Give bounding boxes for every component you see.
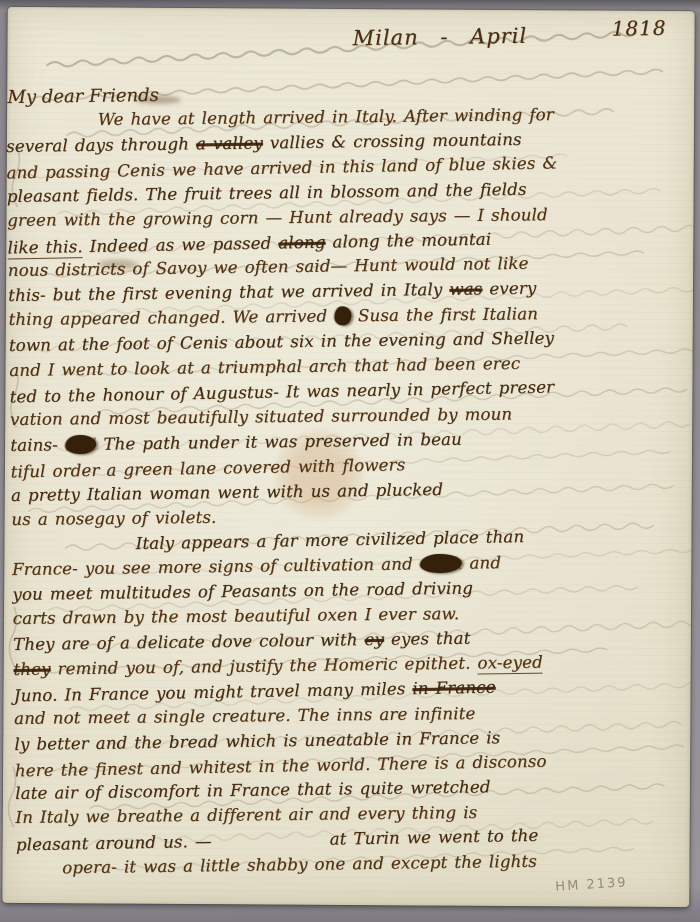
text-segment: In Italy we breathe a different air and … — [15, 803, 477, 827]
spacer — [212, 845, 330, 847]
correction-strike: in France — [412, 677, 496, 698]
text-segment: thing appeared changed. We arrived — [8, 307, 334, 330]
place-date: Milan - April — [352, 24, 527, 50]
catalog-number: HM 2139 — [555, 875, 628, 895]
text-segment: and I went to look at a triumphal arch t… — [9, 354, 520, 380]
correction-strike: a valley — [196, 133, 263, 153]
text-segment: carts drawn by the most beautiful oxen I… — [13, 604, 460, 628]
correction-strike: was — [449, 280, 482, 299]
text-segment: Susa the first Italian — [351, 305, 538, 326]
correction-ul: ox-eyed — [477, 653, 543, 675]
text-segment: remind you of, and justify the Homeric e… — [50, 653, 477, 678]
text-segment: along the mountai — [325, 229, 491, 251]
text-segment: France- you see more signs of cultivatio… — [12, 555, 420, 580]
text-segment: vation and most beautifully situated sur… — [10, 404, 512, 428]
letter-page: Milan - April 1818 My dear Friends We ha… — [2, 7, 694, 907]
text-segment: several days through — [6, 134, 196, 156]
text-segment: town at the foot of Cenis about six in t… — [9, 329, 554, 356]
correction-strike: they — [13, 659, 50, 679]
date-year: 1818 — [611, 16, 666, 41]
text-segment: Indeed as we passed — [83, 233, 279, 256]
correction-blot: and — [65, 435, 97, 454]
text-segment: every — [482, 279, 536, 299]
correction-strike: along — [278, 232, 326, 252]
letter-heading: Milan - April 1818 — [4, 8, 665, 83]
text-segment: tains- — [10, 435, 65, 455]
letter-body: We have at length arrived in Italy. Afte… — [6, 101, 677, 882]
text-segment: us a nosegay of violets. — [11, 507, 216, 528]
text-segment: this- but the first evening that we arri… — [8, 280, 449, 305]
text-segment: Italy appears a far more civilized place… — [136, 527, 525, 553]
text-segment: We have at length arrived in Italy. Afte… — [98, 105, 554, 129]
text-segment: They are of a delicate dove colour with — [13, 630, 365, 654]
correction-blot: at — [334, 307, 351, 326]
mat-background: Milan - April 1818 My dear Friends We ha… — [0, 0, 700, 922]
correction-blot: work — [420, 554, 463, 574]
text-segment: tiful order a green lane covered with fl… — [10, 455, 405, 481]
correction-strike: ey — [364, 630, 384, 649]
text-segment: vallies & crossing mountains — [263, 130, 522, 153]
text-segment: pleasant around us. — — [16, 832, 212, 855]
text-segment: green with the growing corn — Hunt alrea… — [7, 205, 548, 230]
text-segment: and not meet a single creature. The inns… — [14, 704, 476, 728]
text-segment: eyes that — [384, 629, 471, 649]
text-segment: at Turin we went to the — [329, 826, 538, 849]
text-segment: Juno. In France you might travel many mi… — [14, 679, 413, 705]
text-segment: and — [462, 553, 501, 573]
text-segment: you meet multitudes of Peasants on the r… — [12, 579, 473, 604]
text-segment: ly better and the bread which is uneatab… — [14, 728, 500, 754]
letter-content: Milan - April 1818 My dear Friends We ha… — [4, 8, 676, 882]
text-segment: The path under it was preserved in beau — [96, 429, 462, 453]
correction-ul: like this. — [7, 237, 83, 259]
